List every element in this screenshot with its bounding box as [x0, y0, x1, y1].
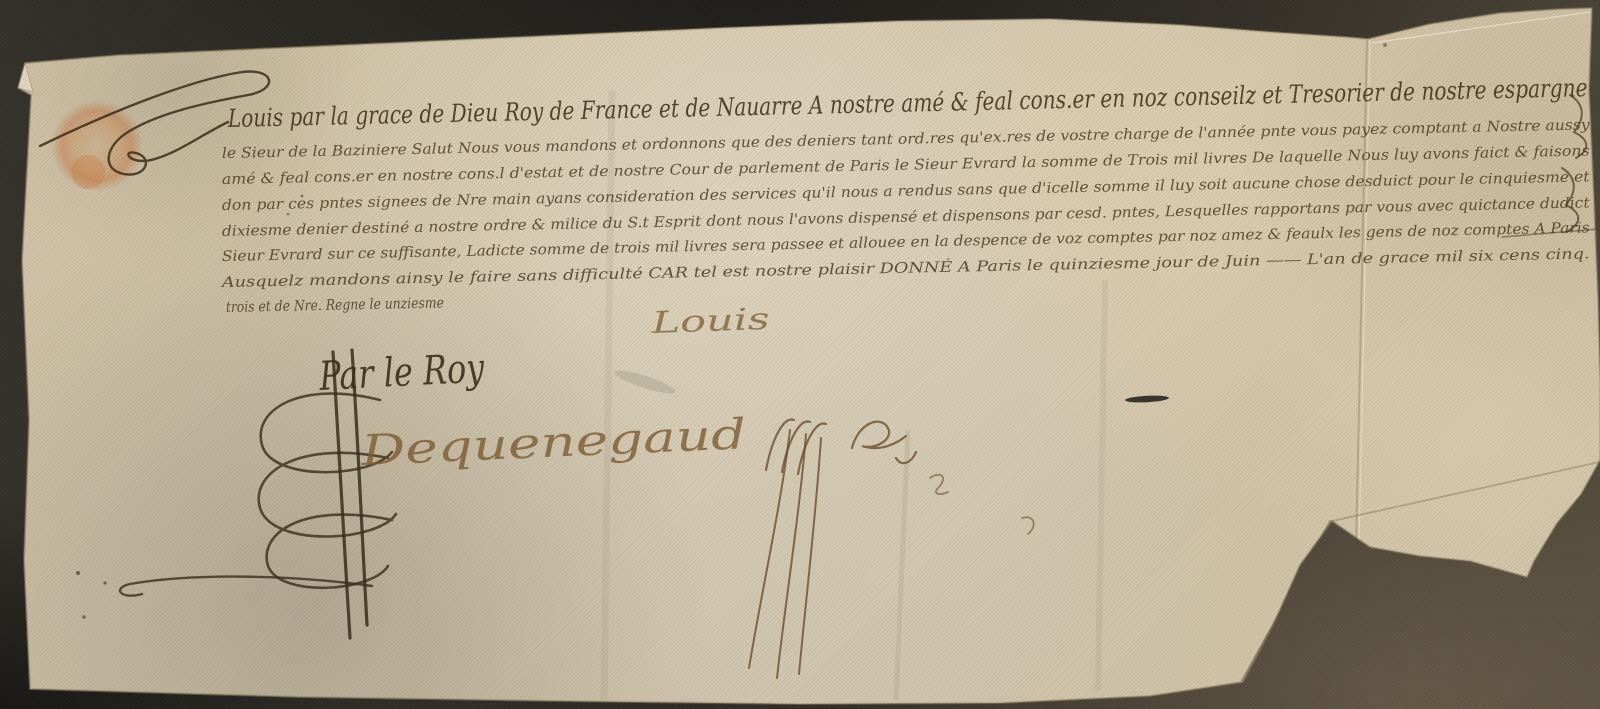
ink-speck: [76, 571, 80, 575]
parchment-shading: Louis par la grace de Dieu Roy de France…: [0, 0, 1600, 709]
wax-seal-blotch: [71, 155, 105, 189]
ink-speck: [1383, 43, 1387, 47]
ink-speck: [287, 213, 290, 216]
parchment-document: Louis par la grace de Dieu Roy de France…: [0, 0, 1600, 709]
ink-speck: [82, 615, 86, 619]
photo-background: Louis par la grace de Dieu Roy de France…: [0, 0, 1600, 709]
ink-speck: [103, 581, 106, 584]
countersign-intro: Par le Roy: [317, 345, 486, 400]
royal-signature: Louis: [650, 302, 771, 341]
